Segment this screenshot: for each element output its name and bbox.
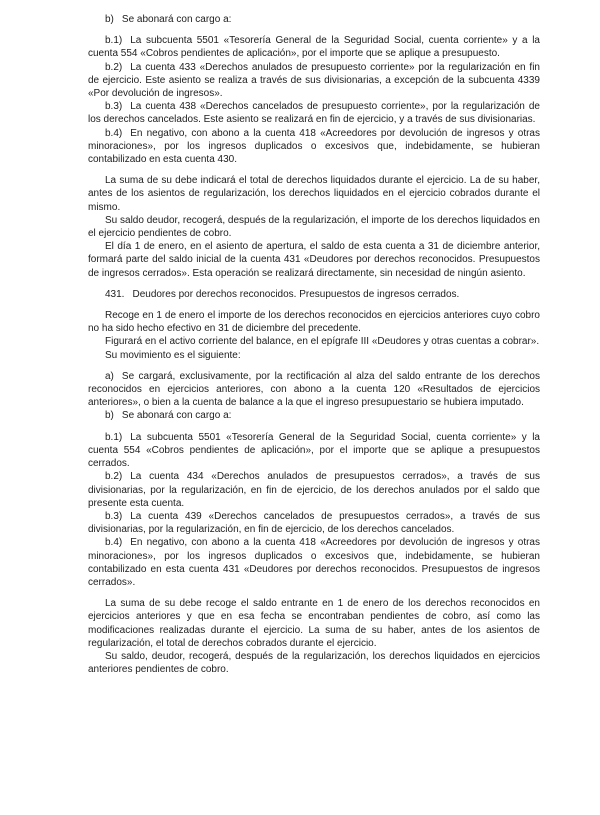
page: { "page": { "background_color": "#ffffff…: [0, 0, 600, 815]
paragraph-text: Figurará en el activo corriente del bala…: [105, 336, 539, 347]
paragraph: La suma de su debe recoge el saldo entra…: [88, 597, 540, 650]
paragraph-text: Su saldo, deudor, recogerá, después de l…: [88, 651, 540, 675]
paragraph: La suma de su debe indicará el total de …: [88, 174, 540, 214]
paragraph: b.4)En negativo, con abono a la cuenta 4…: [88, 127, 540, 167]
paragraph: b)Se abonará con cargo a:: [88, 13, 540, 26]
paragraph-text: El día 1 de enero, en el asiento de aper…: [88, 241, 540, 278]
paragraph: b.3)La cuenta 439 «Derechos cancelados d…: [88, 510, 540, 536]
paragraph-label: b.4): [105, 537, 130, 548]
paragraph-label: b): [105, 14, 122, 25]
document-body: b)Se abonará con cargo a:b.1)La subcuent…: [88, 13, 540, 676]
paragraph-label: b.1): [105, 432, 130, 443]
account-number: 431.: [105, 289, 132, 300]
paragraph-label: b.1): [105, 35, 130, 46]
paragraph: b.3)La cuenta 438 «Derechos cancelados d…: [88, 100, 540, 126]
paragraph: Su saldo, deudor, recogerá, después de l…: [88, 650, 540, 676]
paragraph-text: Su movimiento es el siguiente:: [105, 350, 241, 361]
paragraph: b.2)La cuenta 434 «Derechos anulados de …: [88, 470, 540, 510]
paragraph: El día 1 de enero, en el asiento de aper…: [88, 240, 540, 280]
paragraph: Recoge en 1 de enero el importe de los d…: [88, 309, 540, 335]
document-page: b)Se abonará con cargo a:b.1)La subcuent…: [0, 0, 600, 815]
paragraph-label: b): [105, 410, 122, 421]
paragraph-text: La cuenta 438 «Derechos cancelados de pr…: [88, 101, 540, 125]
account-heading: 431.Deudores por derechos reconocidos. P…: [88, 288, 540, 301]
paragraph-label: b.4): [105, 128, 130, 139]
paragraph-text: Su saldo deudor, recogerá, después de la…: [88, 215, 540, 239]
paragraph-text: La cuenta 439 «Derechos cancelados de pr…: [88, 511, 540, 535]
paragraph-label: b.3): [105, 511, 130, 522]
paragraph-text: La cuenta 433 «Derechos anulados de pres…: [88, 62, 540, 99]
paragraph-label: b.3): [105, 101, 130, 112]
paragraph-label: b.2): [105, 62, 130, 73]
paragraph: b.1)La subcuenta 5501 «Tesorería General…: [88, 431, 540, 471]
paragraph-text: La suma de su debe indicará el total de …: [88, 175, 540, 212]
paragraph-text: La suma de su debe recoge el saldo entra…: [88, 598, 540, 649]
paragraph-text: Deudores por derechos reconocidos. Presu…: [132, 289, 459, 300]
paragraph: Figurará en el activo corriente del bala…: [88, 335, 540, 348]
paragraph: Su movimiento es el siguiente:: [88, 349, 540, 362]
paragraph: a)Se cargará, exclusivamente, por la rec…: [88, 370, 540, 410]
paragraph: Su saldo deudor, recogerá, después de la…: [88, 214, 540, 240]
paragraph: b.2)La cuenta 433 «Derechos anulados de …: [88, 61, 540, 101]
paragraph: b)Se abonará con cargo a:: [88, 409, 540, 422]
paragraph-text: En negativo, con abono a la cuenta 418 «…: [88, 537, 540, 588]
paragraph-text: La cuenta 434 «Derechos anulados de pres…: [88, 471, 540, 508]
paragraph: b.4)En negativo, con abono a la cuenta 4…: [88, 536, 540, 589]
paragraph-text: La subcuenta 5501 «Tesorería General de …: [88, 432, 540, 469]
paragraph-text: La subcuenta 5501 «Tesorería General de …: [88, 35, 540, 59]
paragraph-label: b.2): [105, 471, 130, 482]
paragraph: b.1)La subcuenta 5501 «Tesorería General…: [88, 34, 540, 60]
paragraph-text: En negativo, con abono a la cuenta 418 «…: [88, 128, 540, 165]
paragraph-text: Se abonará con cargo a:: [122, 14, 232, 25]
paragraph-text: Se cargará, exclusivamente, por la recti…: [88, 371, 540, 408]
paragraph-label: a): [105, 371, 122, 382]
paragraph-text: Recoge en 1 de enero el importe de los d…: [88, 310, 540, 334]
paragraph-text: Se abonará con cargo a:: [122, 410, 232, 421]
